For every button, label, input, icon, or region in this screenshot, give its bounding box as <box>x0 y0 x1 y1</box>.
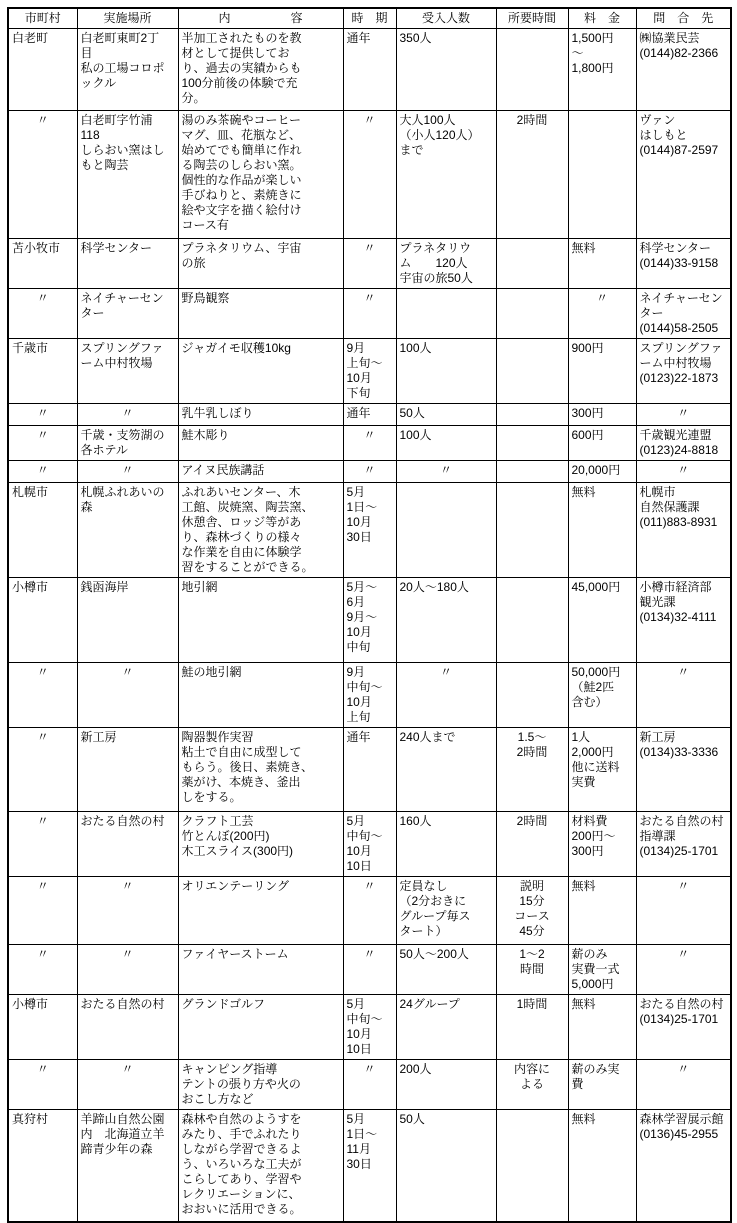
cell-duration: 2時間 <box>496 812 568 877</box>
column-header-fee: 料 金 <box>568 8 636 29</box>
cell-duration: 1～2 時間 <box>496 945 568 995</box>
cell-period: 通年 <box>343 404 396 426</box>
cell-fee: 600円 <box>568 426 636 461</box>
cell-municipality: 〃 <box>8 945 77 995</box>
cell-fee: 900円 <box>568 339 636 404</box>
cell-capacity: 240人まで <box>396 728 496 812</box>
cell-content: 乳牛乳しぼり <box>178 404 343 426</box>
cell-contact: 科学センター (0144)33-9158 <box>636 239 731 289</box>
table-row: 札幌市札幌ふれあいの 森ふれあいセンター、木 工館、炭焼窯、陶芸窯、 休憩舎、ロ… <box>8 483 731 578</box>
table-row: 〃〃鮭の地引網9月 中旬～ 10月 上旬〃50,000円 （鮭2匹 含む）〃 <box>8 663 731 728</box>
cell-fee: 50,000円 （鮭2匹 含む） <box>568 663 636 728</box>
cell-municipality: 〃 <box>8 1060 77 1110</box>
cell-municipality: 〃 <box>8 111 77 239</box>
cell-duration <box>496 1110 568 1222</box>
cell-period: 〃 <box>343 461 396 483</box>
cell-duration <box>496 461 568 483</box>
cell-period: 5月～ 6月 9月～ 10月 中旬 <box>343 578 396 663</box>
cell-fee: 45,000円 <box>568 578 636 663</box>
cell-location: 〃 <box>77 877 178 945</box>
cell-duration <box>496 663 568 728</box>
cell-capacity: 24グループ <box>396 995 496 1060</box>
cell-capacity: プラネタリウ ム 120人 宇宙の旅50人 <box>396 239 496 289</box>
cell-fee: 1人 2,000円 他に送料 実費 <box>568 728 636 812</box>
cell-fee: 無料 <box>568 1110 636 1222</box>
cell-duration: 内容に よる <box>496 1060 568 1110</box>
cell-location: スプリングファ ーム中村牧場 <box>77 339 178 404</box>
cell-contact: 〃 <box>636 945 731 995</box>
cell-capacity: 350人 <box>396 29 496 111</box>
cell-capacity <box>396 483 496 578</box>
table-header-row: 市町村実施場所内 容時 期受入人数所要時間料 金問 合 先 <box>8 8 731 29</box>
table-row: 〃〃キャンピング指導 テントの張り方や火の おこし方など〃200人内容に よる薪… <box>8 1060 731 1110</box>
cell-capacity: 50人 <box>396 404 496 426</box>
cell-content: プラネタリウム、宇宙 の旅 <box>178 239 343 289</box>
cell-capacity: 50人～200人 <box>396 945 496 995</box>
cell-period: 〃 <box>343 289 396 339</box>
cell-content: 鮭木彫り <box>178 426 343 461</box>
cell-period: 通年 <box>343 728 396 812</box>
cell-municipality: 〃 <box>8 877 77 945</box>
cell-fee: 無料 <box>568 877 636 945</box>
cell-fee: 〃 <box>568 289 636 339</box>
header-row: 市町村実施場所内 容時 期受入人数所要時間料 金問 合 先 <box>8 8 731 29</box>
column-header-duration: 所要時間 <box>496 8 568 29</box>
cell-fee: 薪のみ実 費 <box>568 1060 636 1110</box>
cell-duration <box>496 239 568 289</box>
cell-content: ジャガイモ収穫10kg <box>178 339 343 404</box>
cell-municipality: 〃 <box>8 461 77 483</box>
cell-content: 半加工されたものを教 材として提供してお り、過去の実績からも 100分前後の体… <box>178 29 343 111</box>
cell-period: 〃 <box>343 1060 396 1110</box>
cell-municipality: 札幌市 <box>8 483 77 578</box>
cell-contact: 小樽市経済部 観光課 (0134)32-4111 <box>636 578 731 663</box>
cell-location: 科学センター <box>77 239 178 289</box>
cell-period: 〃 <box>343 239 396 289</box>
cell-period: 5月 1日～ 11月 30日 <box>343 1110 396 1222</box>
cell-duration <box>496 29 568 111</box>
cell-content: ふれあいセンター、木 工館、炭焼窯、陶芸窯、 休憩舎、ロッジ等があ り、森林づく… <box>178 483 343 578</box>
cell-municipality: 真狩村 <box>8 1110 77 1222</box>
cell-duration: 1時間 <box>496 995 568 1060</box>
cell-content: キャンピング指導 テントの張り方や火の おこし方など <box>178 1060 343 1110</box>
activity-table: 市町村実施場所内 容時 期受入人数所要時間料 金問 合 先 白老町白老町東町2丁… <box>7 7 732 1223</box>
cell-location: 〃 <box>77 1060 178 1110</box>
cell-municipality: 千歳市 <box>8 339 77 404</box>
table-body: 白老町白老町東町2丁 目 私の工場コロポ ックル半加工されたものを教 材として提… <box>8 29 731 1222</box>
cell-capacity: 50人 <box>396 1110 496 1222</box>
cell-capacity: 〃 <box>396 461 496 483</box>
cell-fee: 20,000円 <box>568 461 636 483</box>
cell-contact: ヴァン はしもと (0144)87-2597 <box>636 111 731 239</box>
cell-municipality: 小樽市 <box>8 995 77 1060</box>
cell-location: 羊蹄山自然公園 内 北海道立羊 蹄青少年の森 <box>77 1110 178 1222</box>
column-header-contact: 問 合 先 <box>636 8 731 29</box>
cell-contact: ネイチャーセン ター (0144)58-2505 <box>636 289 731 339</box>
table-row: 〃白老町字竹浦 118 しらおい窯はし もと陶芸湯のみ茶碗やコーヒー マグ、皿、… <box>8 111 731 239</box>
table-row: 〃〃乳牛乳しぼり通年50人300円〃 <box>8 404 731 426</box>
cell-contact: スプリングファ ーム中村牧場 (0123)22-1873 <box>636 339 731 404</box>
cell-contact: おたる自然の村 指導課 (0134)25-1701 <box>636 812 731 877</box>
cell-duration: 説明 15分 コース 45分 <box>496 877 568 945</box>
cell-location: 札幌ふれあいの 森 <box>77 483 178 578</box>
cell-content: オリエンテーリング <box>178 877 343 945</box>
cell-municipality: 〃 <box>8 663 77 728</box>
cell-contact: 新工房 (0134)33-3336 <box>636 728 731 812</box>
cell-municipality: 〃 <box>8 289 77 339</box>
column-header-content: 内 容 <box>178 8 343 29</box>
column-header-capacity: 受入人数 <box>396 8 496 29</box>
cell-duration <box>496 578 568 663</box>
cell-municipality: 小樽市 <box>8 578 77 663</box>
cell-location: 白老町東町2丁 目 私の工場コロポ ックル <box>77 29 178 111</box>
cell-location: ネイチャーセン ター <box>77 289 178 339</box>
cell-content: グランドゴルフ <box>178 995 343 1060</box>
cell-period: 〃 <box>343 111 396 239</box>
table-row: 小樽市銭函海岸地引網5月～ 6月 9月～ 10月 中旬20人～180人45,00… <box>8 578 731 663</box>
cell-content: 野鳥観察 <box>178 289 343 339</box>
table-row: 〃〃オリエンテーリング〃定員なし （2分おきに グループ毎ス タート）説明 15… <box>8 877 731 945</box>
cell-fee: 300円 <box>568 404 636 426</box>
cell-location: 〃 <box>77 461 178 483</box>
cell-fee: 材料費 200円～ 300円 <box>568 812 636 877</box>
table-row: 〃ネイチャーセン ター野鳥観察〃〃ネイチャーセン ター (0144)58-250… <box>8 289 731 339</box>
cell-municipality: 〃 <box>8 426 77 461</box>
cell-municipality: 苫小牧市 <box>8 239 77 289</box>
cell-period: 9月 上旬～ 10月 下旬 <box>343 339 396 404</box>
table-row: 真狩村羊蹄山自然公園 内 北海道立羊 蹄青少年の森森林や自然のようすを みたり、… <box>8 1110 731 1222</box>
cell-location: 〃 <box>77 404 178 426</box>
cell-capacity: 〃 <box>396 663 496 728</box>
cell-capacity: 100人 <box>396 426 496 461</box>
cell-duration <box>496 426 568 461</box>
cell-duration <box>496 339 568 404</box>
cell-fee: 薪のみ 実費一式 5,000円 <box>568 945 636 995</box>
cell-content: 地引網 <box>178 578 343 663</box>
cell-period: 9月 中旬～ 10月 上旬 <box>343 663 396 728</box>
cell-content: 森林や自然のようすを みたり、手でふれたり しながら学習できるよ う、いろいろな… <box>178 1110 343 1222</box>
cell-duration <box>496 289 568 339</box>
cell-duration <box>496 404 568 426</box>
table-row: 〃千歳・支笏湖の 各ホテル鮭木彫り〃100人600円千歳観光連盟 (0123)2… <box>8 426 731 461</box>
cell-capacity: 100人 <box>396 339 496 404</box>
cell-location: 新工房 <box>77 728 178 812</box>
cell-fee <box>568 111 636 239</box>
cell-contact: ㈱協業民芸 (0144)82-2366 <box>636 29 731 111</box>
cell-contact: 札幌市 自然保護課 (011)883-8931 <box>636 483 731 578</box>
cell-contact: 森林学習展示館 (0136)45-2955 <box>636 1110 731 1222</box>
cell-period: 〃 <box>343 426 396 461</box>
cell-location: おたる自然の村 <box>77 812 178 877</box>
cell-capacity: 20人～180人 <box>396 578 496 663</box>
cell-contact: 〃 <box>636 404 731 426</box>
table-row: 千歳市スプリングファ ーム中村牧場ジャガイモ収穫10kg9月 上旬～ 10月 下… <box>8 339 731 404</box>
cell-fee: 1,500円 ～ 1,800円 <box>568 29 636 111</box>
cell-capacity: 160人 <box>396 812 496 877</box>
cell-capacity: 200人 <box>396 1060 496 1110</box>
cell-capacity: 定員なし （2分おきに グループ毎ス タート） <box>396 877 496 945</box>
cell-municipality: 〃 <box>8 812 77 877</box>
table-row: 〃新工房陶器製作実習 粘土で自由に成型して もらう。後日、素焼き、 薬がけ、本焼… <box>8 728 731 812</box>
document-page: 市町村実施場所内 容時 期受入人数所要時間料 金問 合 先 白老町白老町東町2丁… <box>0 0 737 1221</box>
table-row: 苫小牧市科学センタープラネタリウム、宇宙 の旅〃プラネタリウ ム 120人 宇宙… <box>8 239 731 289</box>
cell-contact: 〃 <box>636 877 731 945</box>
cell-period: 〃 <box>343 877 396 945</box>
column-header-location: 実施場所 <box>77 8 178 29</box>
cell-period: 5月 中旬～ 10月 10日 <box>343 812 396 877</box>
cell-contact: 〃 <box>636 1060 731 1110</box>
cell-content: クラフト工芸 竹とんぼ(200円) 木工スライス(300円) <box>178 812 343 877</box>
table-row: 小樽市おたる自然の村グランドゴルフ5月 中旬～ 10月 10日24グループ1時間… <box>8 995 731 1060</box>
cell-period: 〃 <box>343 945 396 995</box>
cell-fee: 無料 <box>568 239 636 289</box>
cell-duration <box>496 483 568 578</box>
cell-contact: 千歳観光連盟 (0123)24-8818 <box>636 426 731 461</box>
cell-content: 鮭の地引網 <box>178 663 343 728</box>
cell-capacity <box>396 289 496 339</box>
cell-location: 〃 <box>77 945 178 995</box>
cell-period: 5月 中旬～ 10月 10日 <box>343 995 396 1060</box>
cell-content: 湯のみ茶碗やコーヒー マグ、皿、花瓶など、 始めてでも簡単に作れ る陶芸のしらお… <box>178 111 343 239</box>
column-header-period: 時 期 <box>343 8 396 29</box>
cell-location: おたる自然の村 <box>77 995 178 1060</box>
cell-municipality: 白老町 <box>8 29 77 111</box>
cell-period: 5月 1日～ 10月 30日 <box>343 483 396 578</box>
cell-location: 〃 <box>77 663 178 728</box>
column-header-municipality: 市町村 <box>8 8 77 29</box>
cell-location: 銭函海岸 <box>77 578 178 663</box>
table-row: 白老町白老町東町2丁 目 私の工場コロポ ックル半加工されたものを教 材として提… <box>8 29 731 111</box>
cell-duration: 2時間 <box>496 111 568 239</box>
cell-content: 陶器製作実習 粘土で自由に成型して もらう。後日、素焼き、 薬がけ、本焼き、釜出… <box>178 728 343 812</box>
cell-municipality: 〃 <box>8 728 77 812</box>
table-row: 〃〃アイヌ民族講話〃〃20,000円〃 <box>8 461 731 483</box>
cell-capacity: 大人100人 （小人120人） まで <box>396 111 496 239</box>
table-row: 〃おたる自然の村クラフト工芸 竹とんぼ(200円) 木工スライス(300円)5月… <box>8 812 731 877</box>
cell-period: 通年 <box>343 29 396 111</box>
cell-fee: 無料 <box>568 995 636 1060</box>
cell-fee: 無料 <box>568 483 636 578</box>
table-row: 〃〃ファイヤーストーム〃50人～200人1～2 時間薪のみ 実費一式 5,000… <box>8 945 731 995</box>
cell-content: ファイヤーストーム <box>178 945 343 995</box>
cell-location: 白老町字竹浦 118 しらおい窯はし もと陶芸 <box>77 111 178 239</box>
cell-contact: 〃 <box>636 461 731 483</box>
cell-municipality: 〃 <box>8 404 77 426</box>
cell-duration: 1.5～ 2時間 <box>496 728 568 812</box>
cell-contact: 〃 <box>636 663 731 728</box>
cell-content: アイヌ民族講話 <box>178 461 343 483</box>
cell-contact: おたる自然の村 (0134)25-1701 <box>636 995 731 1060</box>
cell-location: 千歳・支笏湖の 各ホテル <box>77 426 178 461</box>
